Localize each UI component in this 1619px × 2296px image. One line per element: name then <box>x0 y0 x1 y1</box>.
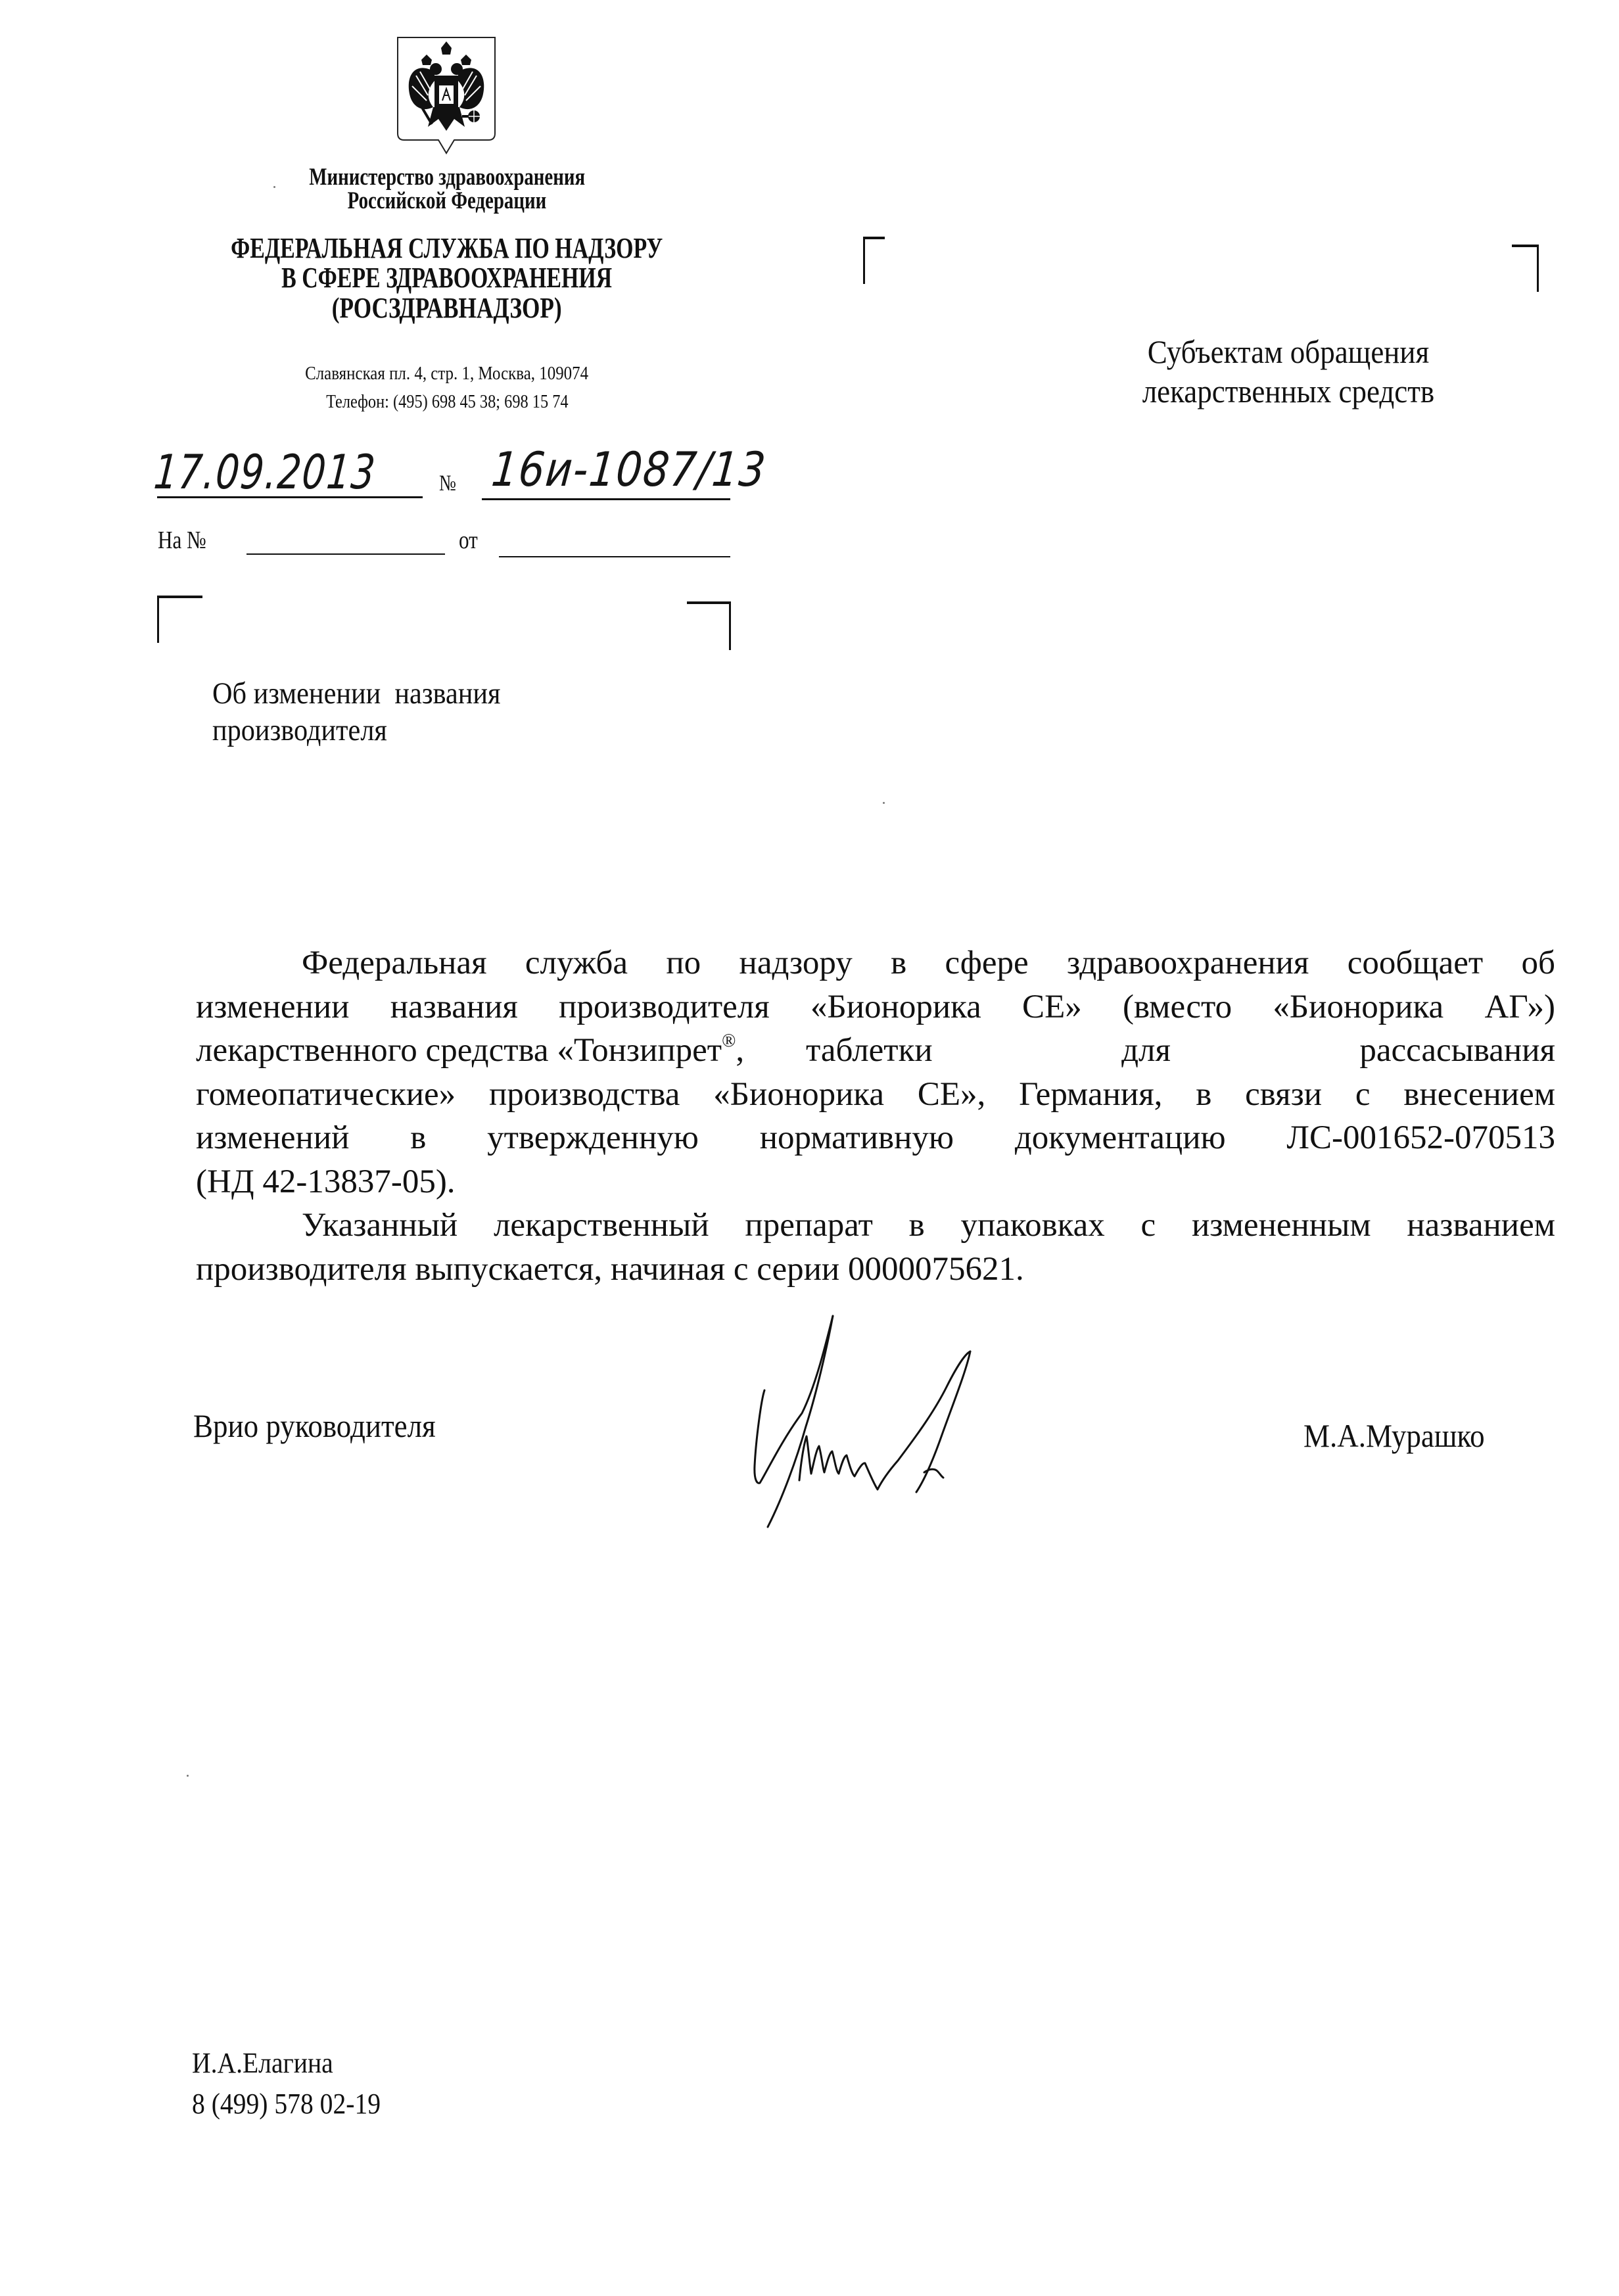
signatory-position: Врио руководителя <box>193 1407 463 1445</box>
subject-block: Об изменении названия производителя <box>212 675 532 749</box>
addressee-corner-top-left <box>863 237 885 284</box>
addressee-block: Субъектам обращения лекарственных средст… <box>1052 332 1525 411</box>
body-p1-line-3: лекарственного средства «Тонзипрет®, таб… <box>196 1029 1555 1073</box>
body-paragraph-1: Федеральная служба по надзору в сфере зд… <box>196 941 1555 1204</box>
scan-speck <box>883 802 885 804</box>
document-number: 16и-1087/13 <box>494 442 814 497</box>
service-name-line-3: (РОСЗДРАВНАДЗОР) <box>151 294 743 323</box>
service-name-line-2: В СФЕРЕ ЗДРАВООХРАНЕНИЯ <box>151 264 743 293</box>
number-underline <box>482 498 730 500</box>
number-sign-label: № <box>439 471 460 496</box>
reply-to-label: На № <box>158 526 217 555</box>
scan-speck <box>187 1775 189 1777</box>
ministry-name-line-2: Российской Федерации <box>210 189 684 213</box>
document-date: 17.09.2013 <box>156 444 440 500</box>
body-p1-line-2: изменении названия производителя «Бионор… <box>196 985 1555 1029</box>
letterhead-phone: Телефон: (495) 698 45 38; 698 15 74 <box>197 392 697 411</box>
service-name-line-1: ФЕДЕРАЛЬНАЯ СЛУЖБА ПО НАДЗОРУ <box>151 234 743 263</box>
registered-trademark-mark: ® <box>722 1031 736 1051</box>
letter-body: Федеральная служба по надзору в сфере зд… <box>196 941 1555 1291</box>
body-p2-line-1: Указанный лекарственный препарат в упако… <box>196 1204 1555 1248</box>
reply-from-label: от <box>459 526 482 555</box>
handwritten-signature-icon <box>743 1308 993 1545</box>
body-p1-line-4: гомеопатические» производства «Бионорика… <box>196 1073 1555 1117</box>
subject-corner-top-right <box>687 601 731 650</box>
date-underline <box>157 496 423 498</box>
reply-to-number-field <box>246 553 445 555</box>
subject-line-1: Об изменении названия <box>212 675 532 712</box>
body-p1-line-5: изменений в утвержденную нормативную док… <box>196 1116 1555 1160</box>
scan-speck <box>273 186 275 188</box>
addressee-line-1: Субъектам обращения <box>1052 332 1525 371</box>
executor-phone: 8 (499) 578 02-19 <box>192 2084 402 2124</box>
addressee-line-2: лекарственных средств <box>1052 371 1525 411</box>
executor-name: И.А.Елагина <box>192 2043 402 2084</box>
reply-from-date-field <box>499 556 730 557</box>
body-p2-line-2: производителя выпускается, начиная с сер… <box>196 1248 1555 1292</box>
subject-line-2: производителя <box>212 712 532 749</box>
signatory-name: М.А.Мурашко <box>1303 1417 1505 1455</box>
executor-block: И.А.Елагина 8 (499) 578 02-19 <box>192 2043 402 2124</box>
body-p1-line-6: (НД 42-13837-05). <box>196 1160 1555 1204</box>
subject-corner-top-left <box>157 596 202 643</box>
body-p1-line-1: Федеральная служба по надзору в сфере зд… <box>196 941 1555 985</box>
body-paragraph-2: Указанный лекарственный препарат в упако… <box>196 1204 1555 1291</box>
addressee-corner-top-right <box>1512 245 1539 292</box>
coat-of-arms-icon <box>396 35 496 154</box>
ministry-name-line-1: Министерство здравоохранения <box>210 166 684 189</box>
letterhead-address: Славянская пл. 4, стр. 1, Москва, 109074 <box>197 363 697 383</box>
